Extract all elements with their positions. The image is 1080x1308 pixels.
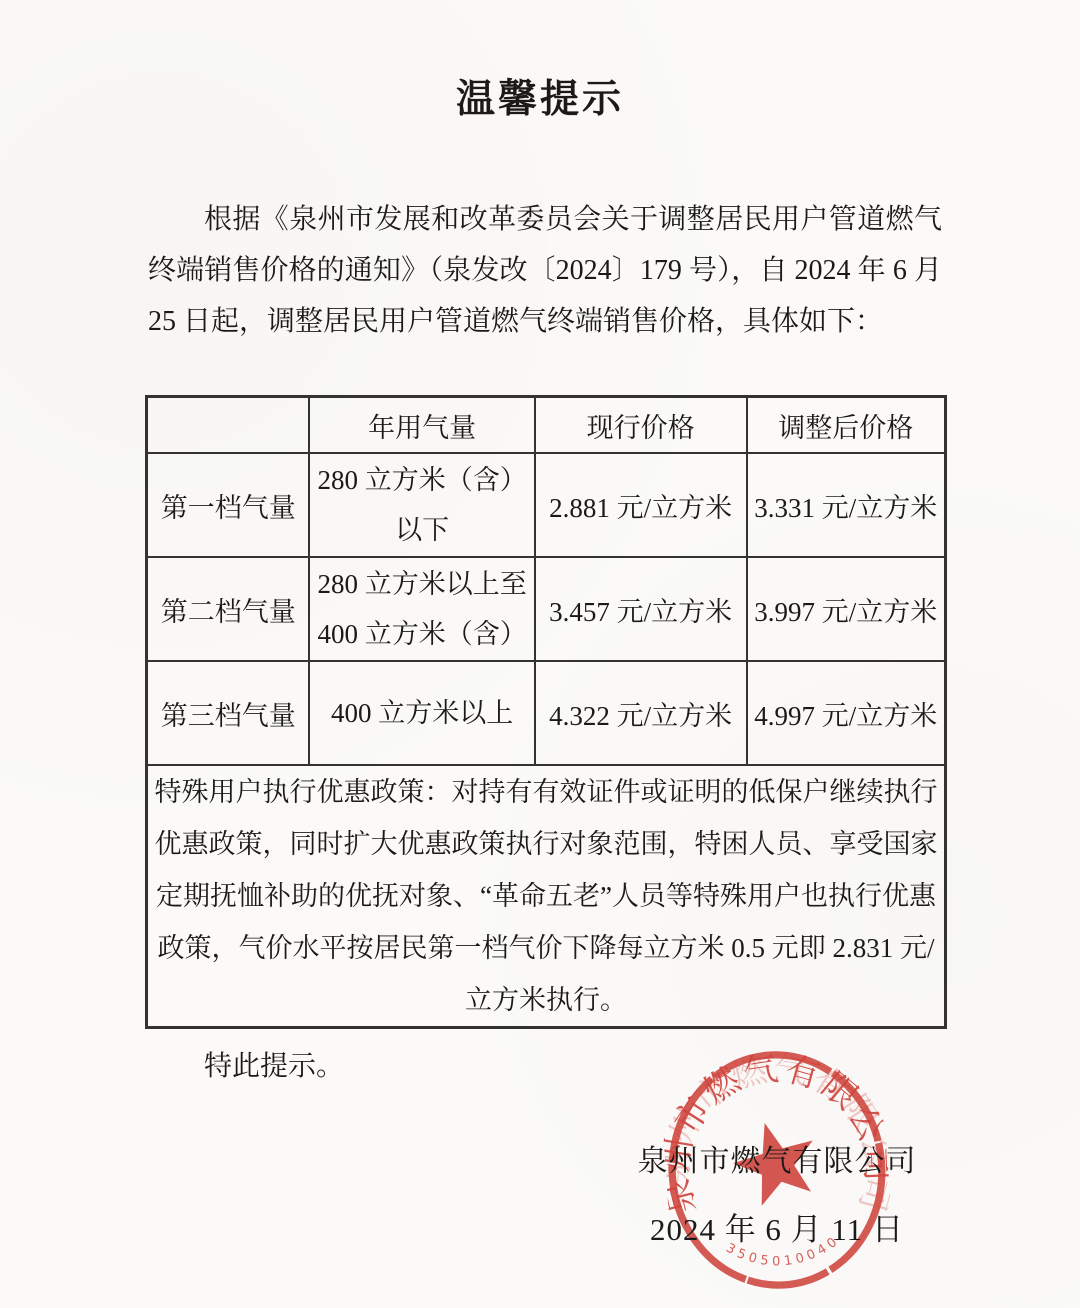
signature-company: 泉州市燃气有限公司 (612, 1136, 942, 1180)
table-row-tier3: 第三档气量 400 立方米以上 4.322 元/立方米 4.997 元/立方米 (147, 661, 946, 765)
adjusted-price-cell: 3.331 元/立方米 (747, 453, 946, 557)
signature-date: 2024 年 6 月 11 日 (612, 1204, 942, 1249)
table-header-row: 年用气量 现行价格 调整后价格 (147, 397, 946, 454)
page-title: 温馨提示 (0, 68, 1080, 124)
table-row-tier1: 第一档气量 280 立方米（含） 以下 2.881 元/立方米 3.331 元/… (147, 453, 946, 557)
volume-cell: 400 立方米以上 (309, 661, 534, 765)
tier-cell: 第一档气量 (147, 453, 310, 557)
table-header-current-price: 现行价格 (535, 397, 747, 454)
price-table: 年用气量 现行价格 调整后价格 第一档气量 280 立方米（含） 以下 2.88… (145, 395, 947, 1029)
current-price-cell: 4.322 元/立方米 (535, 661, 747, 765)
adjusted-price-cell: 3.997 元/立方米 (747, 557, 946, 661)
table-row-policy: 特殊用户执行优惠政策：对持有有效证件或证明的低保户继续执行优惠政策，同时扩大优惠… (147, 765, 946, 1028)
adjusted-price-cell: 4.997 元/立方米 (747, 661, 946, 765)
current-price-cell: 3.457 元/立方米 (535, 557, 747, 661)
table-header-blank (147, 397, 310, 454)
table-header-adjusted-price: 调整后价格 (747, 397, 946, 454)
tier-cell: 第二档气量 (147, 557, 310, 661)
current-price-cell: 2.881 元/立方米 (535, 453, 747, 557)
tier-cell: 第三档气量 (147, 661, 310, 765)
policy-note-cell: 特殊用户执行优惠政策：对持有有效证件或证明的低保户继续执行优惠政策，同时扩大优惠… (147, 765, 946, 1028)
volume-cell: 280 立方米（含） 以下 (309, 453, 534, 557)
notice-document: 温馨提示 根据《泉州市发展和改革委员会关于调整居民用户管道燃气终端销售价格的通知… (0, 0, 1080, 1308)
volume-cell: 280 立方米以上至 400 立方米（含） (309, 557, 534, 661)
signature-block: 泉州市燃气有限公司 2024 年 6 月 11 日 (612, 1136, 942, 1249)
intro-paragraph: 根据《泉州市发展和改革委员会关于调整居民用户管道燃气终端销售价格的通知》（泉发改… (148, 194, 942, 347)
table-row-tier2: 第二档气量 280 立方米以上至 400 立方米（含） 3.457 元/立方米 … (147, 557, 946, 661)
table-header-annual-volume: 年用气量 (309, 397, 534, 454)
